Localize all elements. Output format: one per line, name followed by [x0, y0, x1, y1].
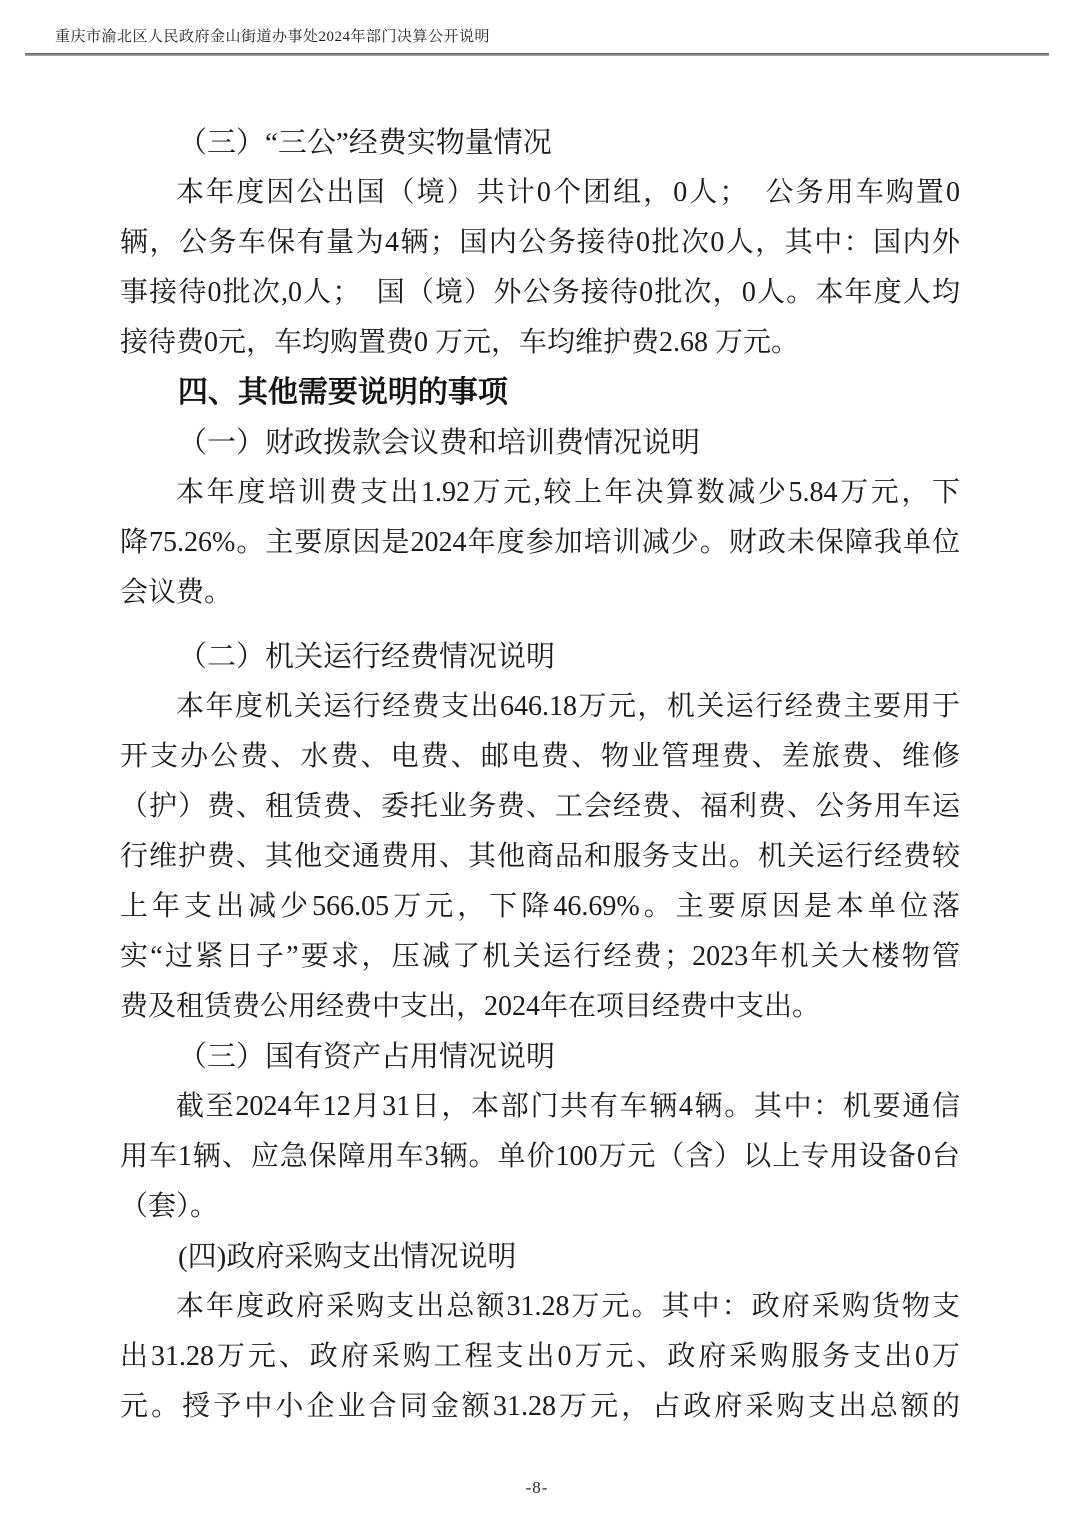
paragraph-line: 接待费0元，车均购置费0 万元，车均维护费2.68 万元。	[120, 318, 960, 368]
paragraph-operating-expenses: 本年度机关运行经费支出646.18万元，机关运行经费主要用于 开支办公费、水费、…	[120, 682, 960, 1032]
paragraph-line: 截至2024年12月31日，本部门共有车辆4辆。其中：机要通信	[120, 1082, 960, 1132]
running-header: 重庆市渝北区人民政府金山街道办事处2024年部门决算公开说明	[55, 27, 1048, 47]
document-page: 重庆市渝北区人民政府金山街道办事处2024年部门决算公开说明 （三）“三公”经费…	[0, 0, 1074, 1520]
document-body: （三）“三公”经费实物量情况 本年度因公出国（境）共计0个团组，0人； 公务用车…	[120, 118, 960, 1432]
paragraph-line: 开支办公费、水费、电费、邮电费、物业管理费、差旅费、维修	[120, 732, 960, 782]
paragraph-line: 会议费。	[120, 568, 960, 618]
page-footer: -8-	[0, 1478, 1074, 1498]
paragraph-line: 费及租赁费公用经费中支出，2024年在项目经费中支出。	[120, 982, 960, 1032]
section-heading-government-procurement: (四)政府采购支出情况说明	[120, 1232, 960, 1282]
paragraph-government-procurement: 本年度政府采购支出总额31.28万元。其中：政府采购货物支 出31.28万元、政…	[120, 1282, 960, 1432]
section-heading-meeting-training-fees: （一）财政拨款会议费和培训费情况说明	[120, 418, 960, 468]
paragraph-line: 本年度机关运行经费支出646.18万元，机关运行经费主要用于	[120, 682, 960, 732]
paragraph-line: 元。授予中小企业合同金额31.28万元，占政府采购支出总额的	[120, 1382, 960, 1432]
header-title: 重庆市渝北区人民政府金山街道办事处2024年部门决算公开说明	[55, 27, 1048, 47]
paragraph-line: 实“过紧日子”要求，压减了机关运行经费；2023年机关大楼物管	[120, 932, 960, 982]
section-heading-three-public-expenses: （三）“三公”经费实物量情况	[120, 118, 960, 168]
paragraph-line: 本年度培训费支出1.92万元,较上年决算数减少5.84万元，下	[120, 468, 960, 518]
paragraph-line: 用车1辆、应急保障用车3辆。单价100万元（含）以上专用设备0台	[120, 1132, 960, 1182]
section-heading-operating-expenses: （二）机关运行经费情况说明	[120, 632, 960, 682]
paragraph-line: 辆，公务车保有量为4辆；国内公务接待0批次0人，其中：国内外	[120, 218, 960, 268]
chapter-heading-other-matters: 四、其他需要说明的事项	[120, 368, 960, 418]
paragraph-line: （护）费、租赁费、委托业务费、工会经费、福利费、公务用车运	[120, 782, 960, 832]
paragraph-line: 降75.26%。主要原因是2024年度参加培训减少。财政未保障我单位	[120, 518, 960, 568]
paragraph-state-assets: 截至2024年12月31日，本部门共有车辆4辆。其中：机要通信 用车1辆、应急保…	[120, 1082, 960, 1232]
paragraph-line: 事接待0批次,0人； 国（境）外公务接待0批次，0人。本年度人均	[120, 268, 960, 318]
paragraph-meeting-training-fees: 本年度培训费支出1.92万元,较上年决算数减少5.84万元，下 降75.26%。…	[120, 468, 960, 618]
paragraph-line: （套）。	[120, 1182, 960, 1232]
paragraph-line: 出31.28万元、政府采购工程支出0万元、政府采购服务支出0万	[120, 1332, 960, 1382]
paragraph-line: 本年度因公出国（境）共计0个团组，0人； 公务用车购置0	[120, 168, 960, 218]
paragraph-line: 本年度政府采购支出总额31.28万元。其中：政府采购货物支	[120, 1282, 960, 1332]
paragraph-line: 上年支出减少566.05万元，下降46.69%。主要原因是本单位落	[120, 882, 960, 932]
paragraph-line: 行维护费、其他交通费用、其他商品和服务支出。机关运行经费较	[120, 832, 960, 882]
header-rule	[25, 53, 1049, 56]
page-number: -8-	[526, 1478, 549, 1497]
section-heading-state-assets: （三）国有资产占用情况说明	[120, 1032, 960, 1082]
paragraph-three-public-expenses: 本年度因公出国（境）共计0个团组，0人； 公务用车购置0 辆，公务车保有量为4辆…	[120, 168, 960, 368]
